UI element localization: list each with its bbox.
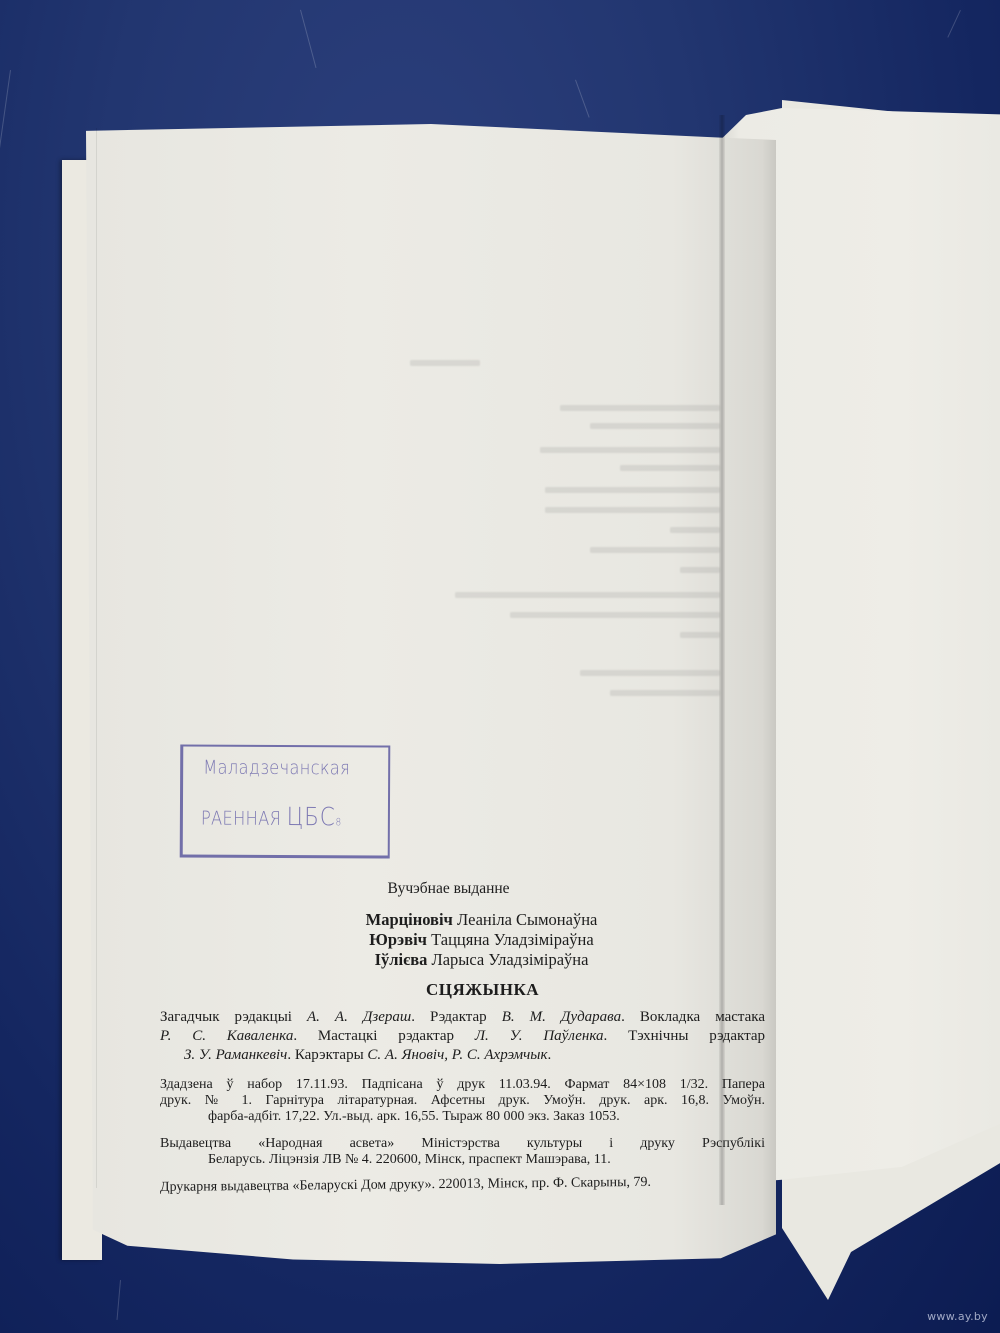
background-scratch	[117, 1280, 121, 1320]
background-scratch	[575, 80, 590, 118]
background-scratch	[300, 10, 316, 68]
author-given-name: Леаніла Сымонаўна	[457, 910, 597, 929]
tech-editor-label: Тэхнічны рэдактар	[628, 1028, 765, 1044]
site-watermark: www.ay.by	[927, 1310, 988, 1323]
art-editor-label: Мастацкі рэдактар	[318, 1028, 454, 1044]
stamp-line-2: РАЕННАЯ ЦБС8	[201, 802, 342, 832]
colophon: Вучэбнае выданне Марціновіч Леаніла Сымо…	[160, 880, 775, 1196]
editor-label: Рэдактар	[430, 1009, 487, 1025]
author-surname: Марціновіч	[366, 910, 453, 929]
author: Іўлієва Ларыса Уладзіміраўна	[188, 950, 775, 970]
stamp-line-2-text: РАЕННАЯ	[201, 808, 281, 830]
background-scratch	[0, 70, 11, 159]
book-title: СЦЯЖЫНКА	[190, 980, 775, 1000]
staff-line: Загадчык рэдакцыі А. А. Дзераш. Рэдактар…	[160, 1008, 765, 1027]
print-info-line: фарба-адбіт. 17,22. Ул.-выд. арк. 16,55.…	[160, 1109, 765, 1125]
chief-editor-label: Загадчык рэдакцыі	[160, 1009, 292, 1025]
publisher-information: Выдавецтва «Народная асвета» Міністэрств…	[160, 1136, 775, 1168]
print-information: Здадзена ў набор 17.11.93. Падпісана ў д…	[160, 1077, 775, 1125]
edition-type: Вучэбнае выданне	[122, 880, 775, 898]
proofreaders-label: Карэктары	[295, 1047, 364, 1063]
cover-label: Вокладка мастака	[640, 1009, 765, 1025]
chief-editor-name: А. А. Дзераш	[307, 1009, 411, 1025]
editorial-staff: Загадчык рэдакцыі А. А. Дзераш. Рэдактар…	[160, 1008, 775, 1065]
author-given-name: Ларыса Уладзіміраўна	[432, 950, 589, 969]
editor-name: В. М. Дударава	[502, 1009, 621, 1025]
author: Юрэвіч Таццяна Уладзіміраўна	[188, 930, 775, 950]
authors-list: Марціновіч Леаніла Сымонаўна Юрэвіч Тацц…	[188, 910, 775, 970]
stamp-line-2-abbrev: ЦБС	[287, 802, 336, 831]
proofreaders-names: С. А. Яновіч, Р. С. Ахрэмчык	[367, 1047, 547, 1063]
print-info-line: Здадзена ў набор 17.11.93. Падпісана ў д…	[160, 1077, 765, 1093]
stamp-line-1: Маладзечанская	[203, 757, 350, 780]
staff-line: Р. С. Каваленка. Мастацкі рэдактар Л. У.…	[160, 1027, 765, 1046]
page-border-line	[96, 128, 97, 1188]
author-surname: Іўлієва	[375, 950, 428, 969]
print-info-line: друк. № 1. Гарнітура літаратурная. Афсет…	[160, 1093, 765, 1109]
author-surname: Юрэвіч	[369, 930, 427, 949]
background-scratch	[947, 10, 961, 38]
cover-artist-name: Р. С. Каваленка	[160, 1028, 293, 1044]
publisher-line: Беларусь. Ліцэнзія ЛВ № 4. 220600, Мінск…	[160, 1152, 765, 1168]
publisher-line: Выдавецтва «Народная асвета» Міністэрств…	[160, 1136, 765, 1152]
printer-information: Друкарня выдавецтва «Беларускі Дом друку…	[160, 1174, 775, 1196]
art-editor-name: Л. У. Паўленка	[475, 1028, 604, 1044]
author-given-name: Таццяна Уладзіміраўна	[431, 930, 594, 949]
author: Марціновіч Леаніла Сымонаўна	[188, 910, 775, 930]
tech-editor-name: З. У. Раманкевіч	[184, 1047, 287, 1063]
library-stamp: Маладзечанская РАЕННАЯ ЦБС8	[180, 744, 391, 858]
staff-line: З. У. Раманкевіч. Карэктары С. А. Яновіч…	[160, 1046, 765, 1065]
stamp-line-2-index: 8	[336, 817, 342, 828]
